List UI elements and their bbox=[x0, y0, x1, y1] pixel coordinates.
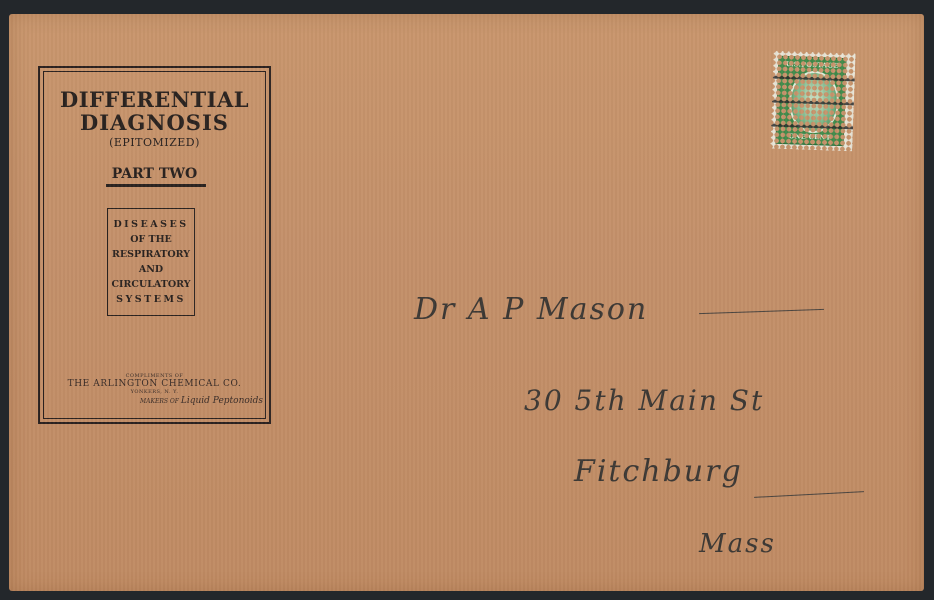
subject-line: CIRCULATORY bbox=[111, 277, 190, 292]
company-location: YONKERS, N. Y. bbox=[40, 389, 269, 395]
subject-line: OF THE bbox=[130, 232, 172, 247]
subject-box: DISEASES OF THE RESPIRATORY AND CIRCULAT… bbox=[107, 208, 195, 316]
product-name: Liquid Peptonoids bbox=[181, 396, 263, 406]
subject-line: SYSTEMS bbox=[116, 292, 186, 307]
pen-flourish bbox=[699, 309, 824, 314]
address-street: 30 5th Main St bbox=[524, 384, 764, 417]
address-city: Fitchburg bbox=[574, 454, 743, 489]
stamp-bottom-text: ONE CENT bbox=[777, 132, 843, 142]
subject-line: RESPIRATORY bbox=[112, 247, 190, 262]
part-underline bbox=[106, 184, 206, 187]
title-line-2: DIAGNOSIS bbox=[40, 111, 269, 135]
address-state: Mass bbox=[699, 529, 776, 559]
address-recipient: Dr A P Mason bbox=[414, 292, 648, 327]
subject-line: DISEASES bbox=[113, 217, 188, 232]
printed-corner-card: DIFFERENTIAL DIAGNOSIS (EPITOMIZED) PART… bbox=[38, 66, 271, 424]
envelope: DIFFERENTIAL DIAGNOSIS (EPITOMIZED) PART… bbox=[9, 14, 924, 591]
subject-line: AND bbox=[139, 262, 163, 277]
title-line-1: DIFFERENTIAL bbox=[40, 89, 269, 111]
subtitle: (EPITOMIZED) bbox=[40, 136, 269, 149]
part-label: PART TWO bbox=[40, 166, 269, 182]
stamp-top-text: U.S.POSTAGE bbox=[779, 60, 845, 70]
postage-stamp: U.S.POSTAGE ONE CENT bbox=[770, 51, 855, 152]
makers-line: MAKERS OF Liquid Peptonoids bbox=[140, 396, 269, 406]
company-name: THE ARLINGTON CHEMICAL CO. bbox=[40, 379, 269, 389]
pen-flourish bbox=[754, 491, 864, 498]
makers-prefix: MAKERS OF bbox=[140, 398, 179, 405]
